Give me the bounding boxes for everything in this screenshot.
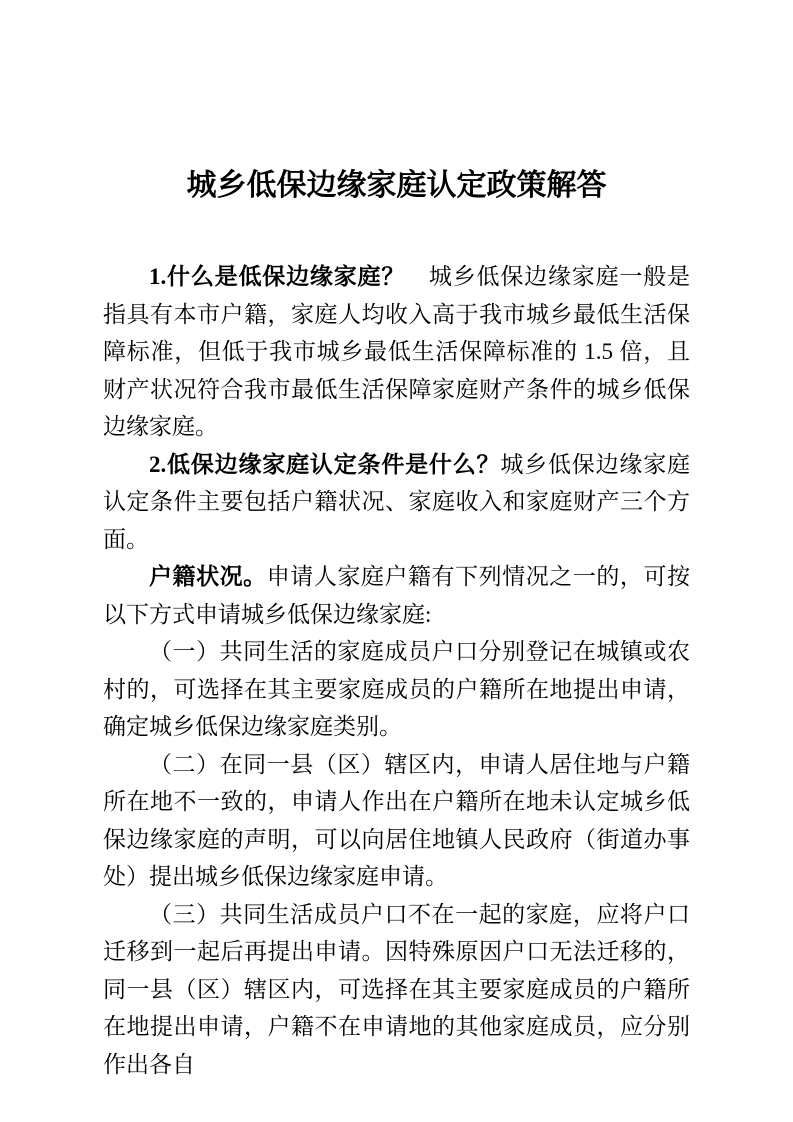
paragraph: （一）共同生活的家庭成员户口分别登记在城镇或农村的，可选择在其主要家庭成员的户籍… [103, 633, 690, 746]
document-content: 城乡低保边缘家庭认定政策解答 1.什么是低保边缘家庭？ 城乡低保边缘家庭一般是指… [0, 0, 793, 1083]
text-run: 城乡低保边缘家庭一般是指具有本市户籍，家庭人均收入高于我市城乡最低生活保障标准，… [103, 264, 690, 439]
document-title: 城乡低保边缘家庭认定政策解答 [103, 166, 690, 206]
paragraph: 户籍状况。申请人家庭户籍有下列情况之一的，可按以下方式申请城乡低保边缘家庭: [103, 558, 690, 633]
text-run: （二）在同一县（区）辖区内，申请人居住地与户籍所在地不一致的，申请人作出在户籍所… [103, 752, 690, 890]
document-page: 城乡低保边缘家庭认定政策解答 1.什么是低保边缘家庭？ 城乡低保边缘家庭一般是指… [0, 0, 793, 1122]
paragraph: （二）在同一县（区）辖区内，申请人居住地与户籍所在地不一致的，申请人作出在户籍所… [103, 746, 690, 896]
document-body: 1.什么是低保边缘家庭？ 城乡低保边缘家庭一般是指具有本市户籍，家庭人均收入高于… [103, 258, 690, 1083]
paragraph: （三）共同生活成员户口不在一起的家庭，应将户口迁移到一起后再提出申请。因特殊原因… [103, 896, 690, 1084]
text-run: （三）共同生活成员户口不在一起的家庭，应将户口迁移到一起后再提出申请。因特殊原因… [103, 902, 690, 1077]
bold-text-run: 户籍状况。 [149, 564, 267, 589]
bold-text-run: 2.低保边缘家庭认定条件是什么？ [149, 452, 500, 477]
paragraph: 1.什么是低保边缘家庭？ 城乡低保边缘家庭一般是指具有本市户籍，家庭人均收入高于… [103, 258, 690, 446]
bold-text-run: 1.什么是低保边缘家庭？ [149, 264, 405, 289]
paragraph: 2.低保边缘家庭认定条件是什么？城乡低保边缘家庭认定条件主要包括户籍状况、家庭收… [103, 446, 690, 559]
text-run: （一）共同生活的家庭成员户口分别登记在城镇或农村的，可选择在其主要家庭成员的户籍… [103, 639, 690, 739]
